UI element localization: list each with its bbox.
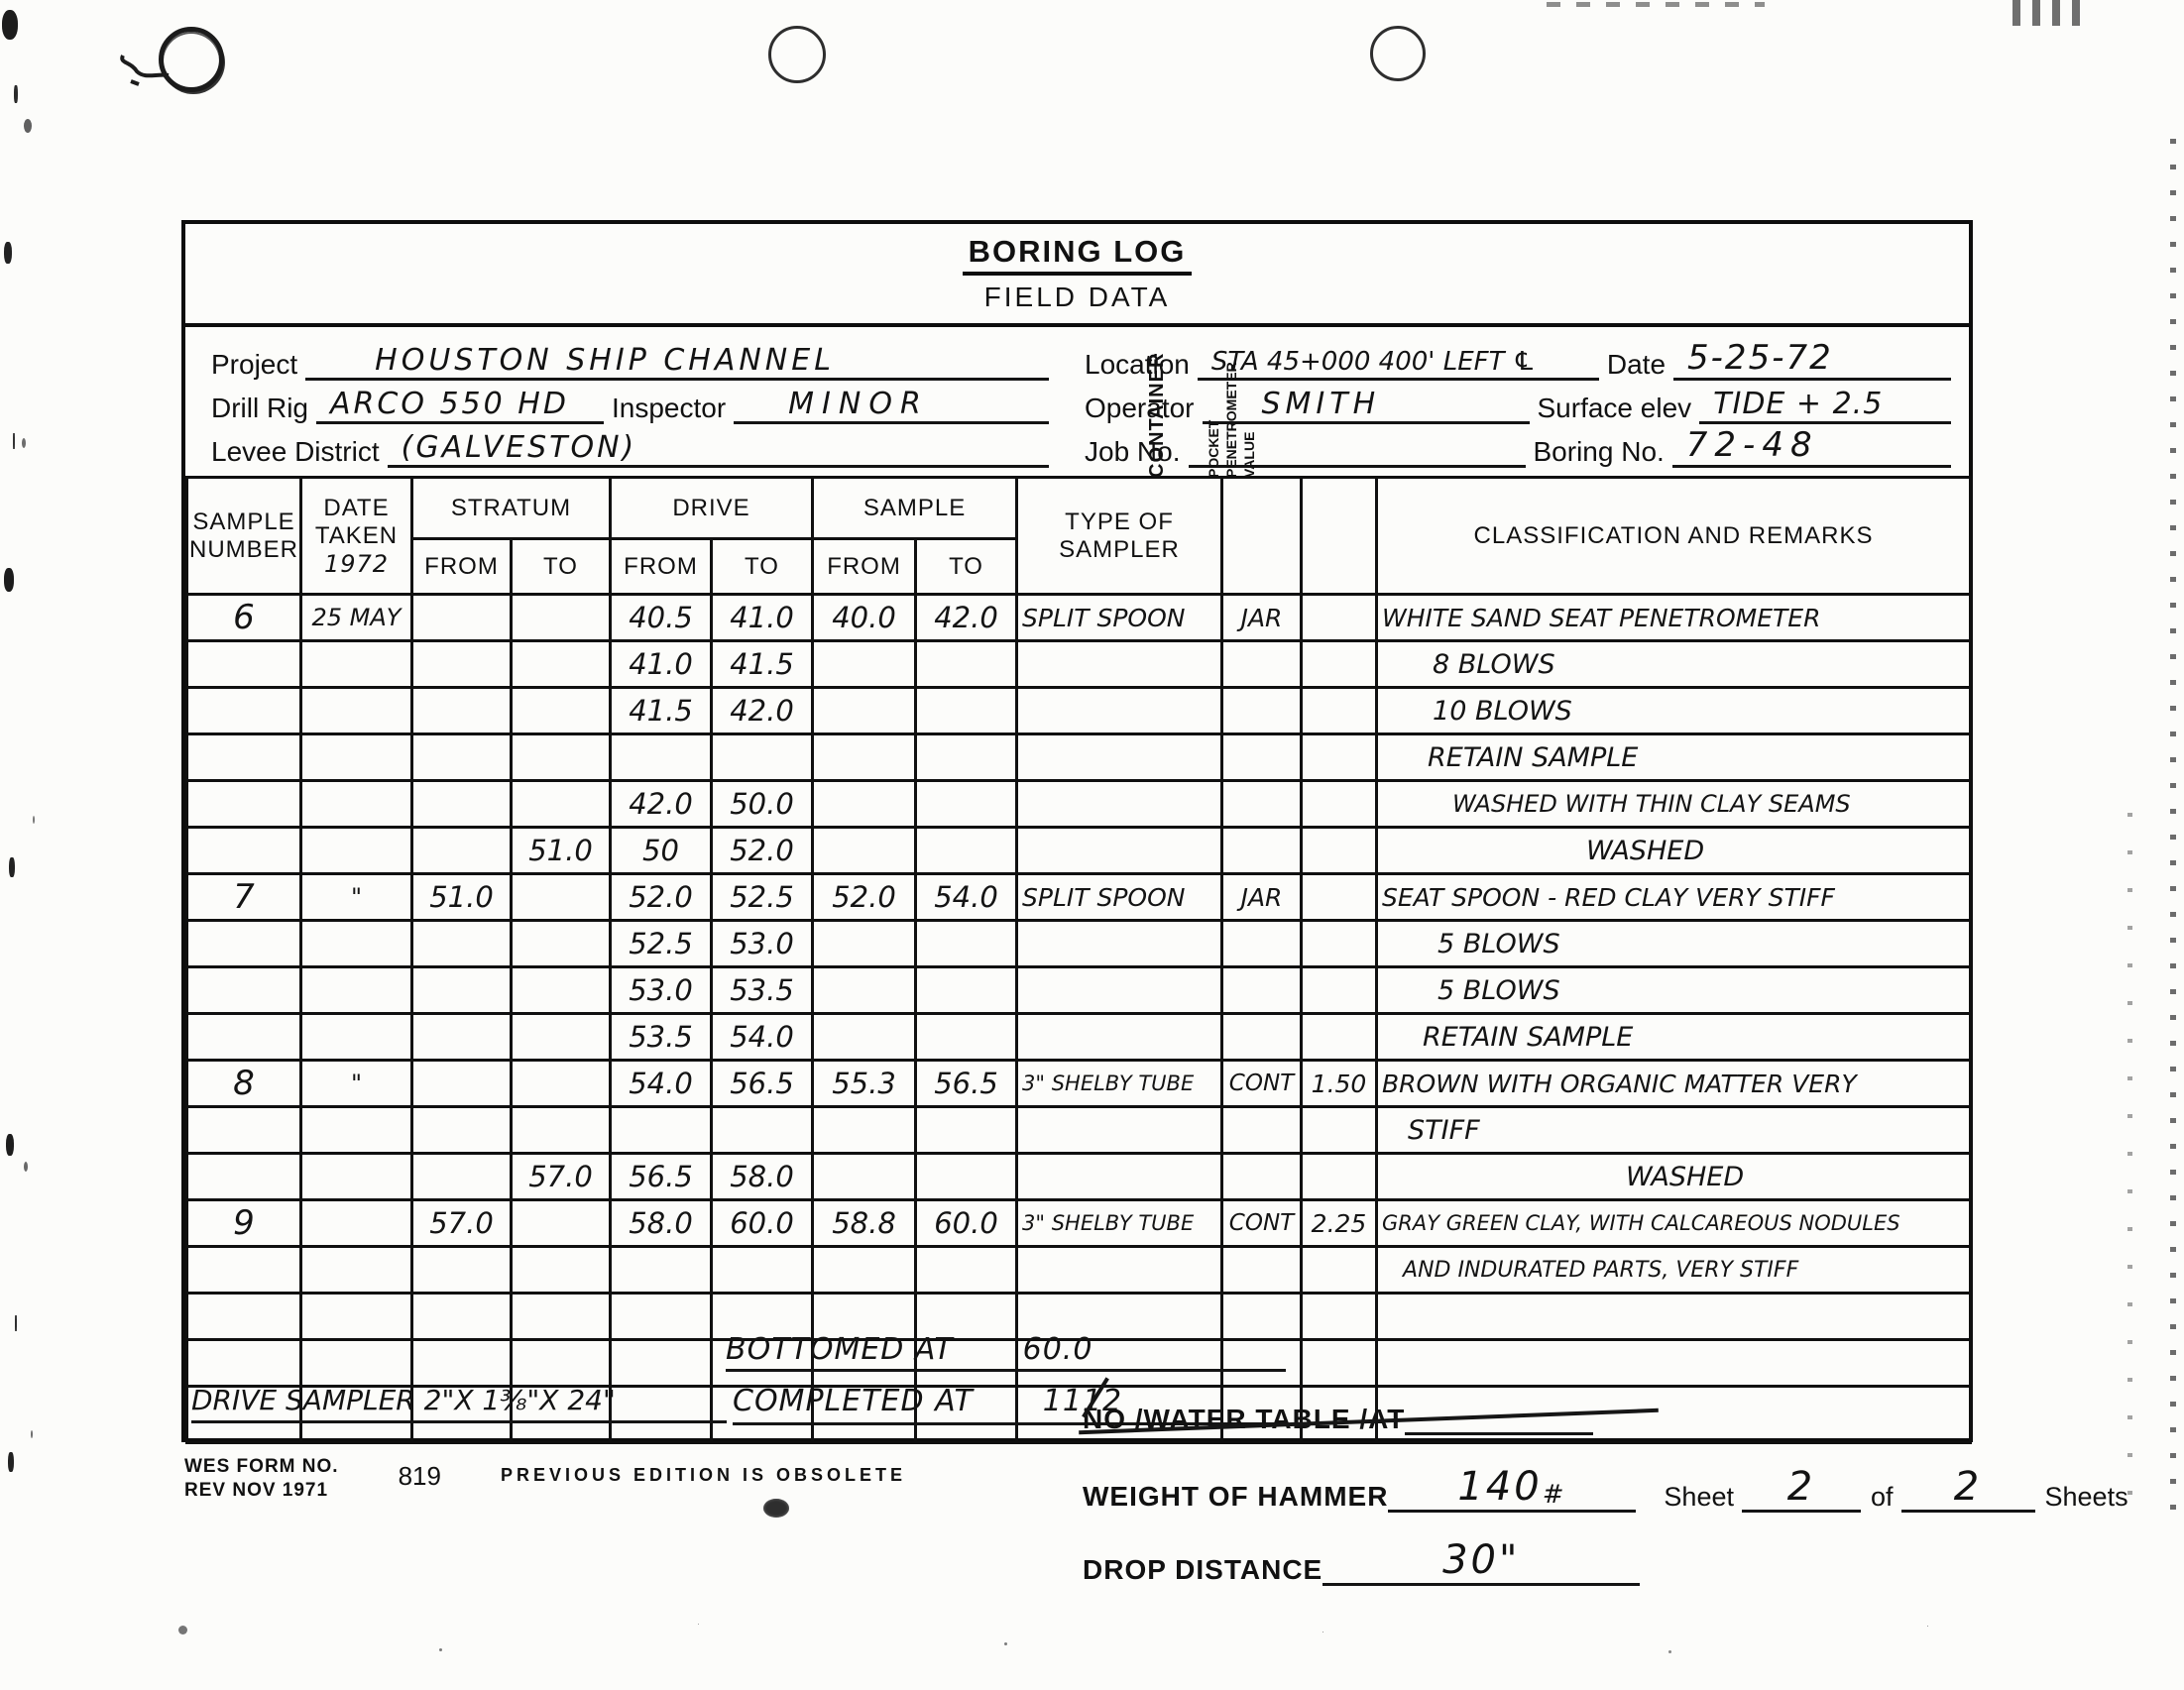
cell-sample-to <box>916 781 1017 828</box>
cell-sample-number <box>187 1294 301 1340</box>
table-row: 41.542.010 BLOWS <box>187 688 1971 734</box>
obsolete-note: PREVIOUS EDITION IS OBSOLETE <box>501 1465 906 1486</box>
sample-from-header: FROM <box>813 539 916 595</box>
hammer-value: 140 <box>1457 1464 1542 1510</box>
cell-stratum-from: 51.0 <box>412 874 512 921</box>
cell-sample-number <box>187 1154 301 1200</box>
boring-no-label: Boring No. <box>1534 436 1665 468</box>
cell-pocket-pen <box>1302 874 1377 921</box>
cell-empty <box>412 1340 512 1387</box>
cell-sample-from: 58.8 <box>813 1200 916 1247</box>
cell-drive-from: 52.5 <box>611 921 712 967</box>
drive-sampler-text: DRIVE SAMPLER 2"X 1⅜"X 24" <box>191 1384 616 1416</box>
cell-container <box>1222 1014 1302 1061</box>
cell-sample-from: 40.0 <box>813 595 916 641</box>
wes-form-number: WES FORM NO. REV NOV 1971 <box>184 1455 339 1503</box>
col-header-stratum: STRATUM <box>412 478 611 539</box>
cell-remarks: GRAY GREEN CLAY, WITH CALCAREOUS NODULES <box>1377 1200 1971 1247</box>
cell-sample-to <box>916 1014 1017 1061</box>
cell-sampler: SPLIT SPOON <box>1017 595 1222 641</box>
cell-stratum-from <box>412 688 512 734</box>
cell-remarks: WASHED <box>1377 828 1971 874</box>
cell-remarks <box>1377 1294 1971 1340</box>
cell-drive-from: 50 <box>611 828 712 874</box>
sheet-value-underline: 2 <box>1742 1461 1861 1513</box>
cell-pocket-pen <box>1302 781 1377 828</box>
cell-stratum-from <box>412 595 512 641</box>
wes-form-line1: WES FORM NO. <box>184 1455 339 1479</box>
surface-elev-label: Surface elev <box>1538 393 1692 424</box>
pocket-label-line1: POCKET <box>1205 331 1222 478</box>
drill-rig-line: Drill Rig ARCO 550 HD Inspector MINOR <box>211 383 1049 424</box>
cell-stratum-from <box>412 1107 512 1154</box>
cell-sample-from: 55.3 <box>813 1061 916 1107</box>
cell-pocket-pen <box>1302 921 1377 967</box>
drive-from-header: FROM <box>611 539 712 595</box>
cell-date <box>301 1294 412 1340</box>
cell-sample-number <box>187 734 301 781</box>
cell-empty <box>1377 1340 1971 1387</box>
cell-drive-to: 41.0 <box>712 595 813 641</box>
cell-pocket-pen: 1.50 <box>1302 1061 1377 1107</box>
cell-sampler <box>1017 734 1222 781</box>
cell-sample-from <box>813 1247 916 1294</box>
cell-stratum-from <box>412 828 512 874</box>
cell-drive-to: 56.5 <box>712 1061 813 1107</box>
cell-stratum-from <box>412 781 512 828</box>
cell-remarks: WASHED <box>1377 1154 1971 1200</box>
hammer-value-underline: 140# <box>1388 1457 1636 1513</box>
cell-container <box>1222 688 1302 734</box>
cell-sample-to <box>916 688 1017 734</box>
cell-sampler <box>1017 828 1222 874</box>
cell-date <box>301 967 412 1014</box>
cell-date: " <box>301 1061 412 1107</box>
cell-sample-to <box>916 1107 1017 1154</box>
col-header-pocket-penetrometer <box>1302 478 1377 595</box>
ink-stamp-mark <box>763 1499 789 1518</box>
cell-sample-from <box>813 921 916 967</box>
table-row: 957.058.060.058.860.03" SHELBY TUBECONT2… <box>187 1200 1971 1247</box>
cell-stratum-from <box>412 921 512 967</box>
cell-sample-from <box>813 688 916 734</box>
cell-sampler <box>1017 781 1222 828</box>
cell-drive-from <box>611 1294 712 1340</box>
scan-scribble-mark <box>117 38 206 87</box>
cell-sampler: 3" SHELBY TUBE <box>1017 1061 1222 1107</box>
wes-form-line2: REV NOV 1971 <box>184 1479 339 1503</box>
levee-district-label: Levee District <box>211 436 380 468</box>
cell-remarks: 10 BLOWS <box>1377 688 1971 734</box>
cell-date: 25 MAY <box>301 595 412 641</box>
col-header-date-taken: DATE TAKEN 1972 <box>301 478 412 595</box>
cell-pocket-pen <box>1302 828 1377 874</box>
drill-rig-value: ARCO 550 HD <box>316 387 604 424</box>
cell-remarks: RETAIN SAMPLE <box>1377 734 1971 781</box>
cell-pocket-pen <box>1302 967 1377 1014</box>
drop-distance-underline: 30" <box>1322 1530 1640 1586</box>
of-label: of <box>1871 1482 1894 1513</box>
cell-drive-to: 52.5 <box>712 874 813 921</box>
cell-date <box>301 1247 412 1294</box>
cell-sample-to <box>916 641 1017 688</box>
cell-date <box>301 688 412 734</box>
boring-no-value: 72-48 <box>1672 425 1951 468</box>
sheets-value: 2 <box>1954 1464 1982 1510</box>
cell-pocket-pen <box>1302 1107 1377 1154</box>
cell-remarks: WASHED WITH THIN CLAY SEAMS <box>1377 781 1971 828</box>
table-row: 8"54.056.555.356.53" SHELBY TUBECONT1.50… <box>187 1061 1971 1107</box>
cell-stratum-from <box>412 734 512 781</box>
completed-at-label: COMPLETED AT <box>733 1384 974 1418</box>
cell-date <box>301 828 412 874</box>
cell-drive-to: 53.0 <box>712 921 813 967</box>
sheet-label: Sheet <box>1664 1482 1734 1513</box>
table-row: STIFF <box>187 1107 1971 1154</box>
cell-container <box>1222 828 1302 874</box>
pocket-label-line2: PENETROMETER <box>1222 331 1240 478</box>
cell-date <box>301 1014 412 1061</box>
title-section: BORING LOG FIELD DATA <box>185 224 1969 327</box>
cell-stratum-to <box>512 967 611 1014</box>
cell-sample-from <box>813 967 916 1014</box>
cell-sample-number: 9 <box>187 1200 301 1247</box>
cell-container <box>1222 781 1302 828</box>
cell-stratum-from <box>412 1294 512 1340</box>
cell-sample-number <box>187 967 301 1014</box>
cell-drive-from: 52.0 <box>611 874 712 921</box>
cell-remarks: RETAIN SAMPLE <box>1377 1014 1971 1061</box>
cell-container <box>1222 641 1302 688</box>
hammer-line: WEIGHT OF HAMMER 140# Sheet 2 of 2 Sheet… <box>1083 1449 2163 1513</box>
col-header-sample-number: SAMPLE NUMBER <box>187 478 301 595</box>
cell-drive-from: 41.5 <box>611 688 712 734</box>
scan-noise-top-edge <box>1547 2 1765 7</box>
cell-remarks: 5 BLOWS <box>1377 921 1971 967</box>
cell-sample-from <box>813 1154 916 1200</box>
cell-stratum-to <box>512 1014 611 1061</box>
cell-date <box>301 921 412 967</box>
sheets-label: Sheets <box>2045 1482 2128 1513</box>
cell-sampler: 3" SHELBY TUBE <box>1017 1200 1222 1247</box>
cell-date <box>301 641 412 688</box>
cell-stratum-to <box>512 1200 611 1247</box>
col-header-container <box>1222 478 1302 595</box>
cell-stratum-to <box>512 1061 611 1107</box>
levee-district-value: (GALVESTON) <box>388 430 1049 468</box>
cell-container: JAR <box>1222 874 1302 921</box>
cell-sample-number: 6 <box>187 595 301 641</box>
cell-remarks: 8 BLOWS <box>1377 641 1971 688</box>
cell-empty <box>1302 1340 1377 1387</box>
cell-container <box>1222 921 1302 967</box>
scan-noise-right-dots <box>2170 139 2176 1526</box>
cell-sample-to <box>916 967 1017 1014</box>
drive-to-header: TO <box>712 539 813 595</box>
cell-container: CONT <box>1222 1200 1302 1247</box>
cell-drive-to <box>712 1107 813 1154</box>
cell-stratum-to: 57.0 <box>512 1154 611 1200</box>
cell-sample-number <box>187 828 301 874</box>
cell-remarks: WHITE SAND SEAT PENETROMETER <box>1377 595 1971 641</box>
table-row: AND INDURATED PARTS, VERY STIFF <box>187 1247 1971 1294</box>
cell-pocket-pen <box>1302 688 1377 734</box>
project-value: HOUSTON SHIP CHANNEL <box>305 343 1049 381</box>
cell-stratum-to <box>512 641 611 688</box>
cell-sampler <box>1017 921 1222 967</box>
scan-noise-top-right <box>2012 0 2082 26</box>
cell-sampler <box>1017 1014 1222 1061</box>
cell-drive-to: 60.0 <box>712 1200 813 1247</box>
cell-date <box>301 1200 412 1247</box>
cell-sample-to <box>916 1247 1017 1294</box>
cell-sample-from: 52.0 <box>813 874 916 921</box>
cell-date <box>301 781 412 828</box>
boring-log-table: SAMPLE NUMBER DATE TAKEN 1972 STRATUM DR… <box>185 476 1972 1444</box>
date-taken-label: DATE TAKEN <box>302 495 410 550</box>
cell-sample-to <box>916 734 1017 781</box>
cell-pocket-pen <box>1302 1014 1377 1061</box>
cell-sample-number: 7 <box>187 874 301 921</box>
cell-empty <box>301 1340 412 1387</box>
cell-stratum-from <box>412 1154 512 1200</box>
footer-right: NO /WATER TABLE /AT WEIGHT OF HAMMER 140… <box>1083 1392 2163 1586</box>
table-row: 41.041.58 BLOWS <box>187 641 1971 688</box>
table-row: 53.554.0RETAIN SAMPLE <box>187 1014 1971 1061</box>
date-label: Date <box>1607 349 1666 381</box>
bottomed-at-value: 60.0 <box>1023 1332 1093 1367</box>
col-header-drive: DRIVE <box>611 478 813 539</box>
cell-stratum-to <box>512 921 611 967</box>
cell-stratum-to: 51.0 <box>512 828 611 874</box>
cell-drive-to: 41.5 <box>712 641 813 688</box>
cell-empty <box>611 1340 712 1387</box>
footer-left: WES FORM NO. REV NOV 1971 819 PREVIOUS E… <box>184 1455 906 1503</box>
cell-sample-number <box>187 641 301 688</box>
cell-sample-number <box>187 1014 301 1061</box>
cell-remarks: BROWN WITH ORGANIC MATTER VERY <box>1377 1061 1971 1107</box>
cell-sample-from <box>813 1014 916 1061</box>
cell-date <box>301 1107 412 1154</box>
cell-sampler <box>1017 967 1222 1014</box>
cell-sample-from <box>813 781 916 828</box>
cell-sampler <box>1017 1154 1222 1200</box>
cell-sampler <box>1017 641 1222 688</box>
scanned-page: BORING LOG FIELD DATA Project HOUSTON SH… <box>0 0 2184 1690</box>
scan-noise-left-edge <box>2 10 18 40</box>
cell-container <box>1222 1107 1302 1154</box>
cell-stratum-to <box>512 1247 611 1294</box>
table-row: 7"51.052.052.552.054.0SPLIT SPOONJARSEAT… <box>187 874 1971 921</box>
cell-sample-to: 54.0 <box>916 874 1017 921</box>
cell-container: JAR <box>1222 595 1302 641</box>
pocket-penetrometer-column-label: POCKET PENETROMETER VALUE <box>1205 331 1264 478</box>
cell-drive-from: 58.0 <box>611 1200 712 1247</box>
date-value: 5-25-72 <box>1673 338 1951 381</box>
info-left-column: Project HOUSTON SHIP CHANNEL Drill Rig A… <box>211 339 1049 476</box>
cell-stratum-to <box>512 688 611 734</box>
cell-drive-to: 50.0 <box>712 781 813 828</box>
cell-sample-to <box>916 921 1017 967</box>
table-row: 42.050.0WASHED WITH THIN CLAY SEAMS <box>187 781 1971 828</box>
cell-remarks: SEAT SPOON - RED CLAY VERY STIFF <box>1377 874 1971 921</box>
cell-stratum-to <box>512 781 611 828</box>
drive-sampler-note: DRIVE SAMPLER 2"X 1⅜"X 24" <box>191 1384 727 1423</box>
container-column-label: CONTAINER <box>1139 331 1177 478</box>
col-header-classification: CLASSIFICATION AND REMARKS <box>1377 478 1971 595</box>
cell-empty <box>512 1340 611 1387</box>
header-info-section: Project HOUSTON SHIP CHANNEL Drill Rig A… <box>185 327 1969 476</box>
page-subtitle: FIELD DATA <box>984 282 1171 313</box>
cell-container <box>1222 734 1302 781</box>
cell-pocket-pen: 2.25 <box>1302 1200 1377 1247</box>
cell-sample-to <box>916 1154 1017 1200</box>
cell-remarks: STIFF <box>1377 1107 1971 1154</box>
cell-sample-number <box>187 688 301 734</box>
cell-drive-to <box>712 734 813 781</box>
cell-pocket-pen <box>1302 734 1377 781</box>
cell-stratum-from: 57.0 <box>412 1200 512 1247</box>
cell-stratum-from <box>412 967 512 1014</box>
cell-sample-from <box>813 1107 916 1154</box>
cell-drive-to: 42.0 <box>712 688 813 734</box>
cell-drive-from: 54.0 <box>611 1061 712 1107</box>
col-header-sample: SAMPLE <box>813 478 1017 539</box>
cell-remarks: AND INDURATED PARTS, VERY STIFF <box>1377 1247 1971 1294</box>
cell-date: " <box>301 874 412 921</box>
cell-drive-to: 54.0 <box>712 1014 813 1061</box>
cell-stratum-from <box>412 1014 512 1061</box>
surface-elev-value: TIDE + 2.5 <box>1699 387 1951 424</box>
col-header-type-of-sampler: TYPE OF SAMPLER <box>1017 478 1222 595</box>
form-number: 819 <box>399 1461 441 1492</box>
cell-sampler <box>1017 1247 1222 1294</box>
container-label-text: CONTAINER <box>1139 331 1175 478</box>
cell-container <box>1222 1154 1302 1200</box>
cell-sample-from <box>813 828 916 874</box>
table-row: RETAIN SAMPLE <box>187 734 1971 781</box>
drop-distance-label: DROP DISTANCE <box>1083 1554 1322 1586</box>
punch-hole-right <box>1370 26 1426 81</box>
cell-sampler <box>1017 688 1222 734</box>
cell-sample-number <box>187 1107 301 1154</box>
cell-drive-from: 42.0 <box>611 781 712 828</box>
header-row-groups: SAMPLE NUMBER DATE TAKEN 1972 STRATUM DR… <box>187 478 1971 539</box>
cell-pocket-pen <box>1302 641 1377 688</box>
cell-container <box>1222 967 1302 1014</box>
scan-noise-bottom <box>178 1626 187 1634</box>
sample-to-header: TO <box>916 539 1017 595</box>
drop-distance-line: DROP DISTANCE 30" <box>1083 1524 2163 1586</box>
cell-stratum-to <box>512 595 611 641</box>
cell-date <box>301 734 412 781</box>
cell-drive-from: 40.5 <box>611 595 712 641</box>
table-row: 57.056.558.0WASHED <box>187 1154 1971 1200</box>
cell-drive-to: 53.5 <box>712 967 813 1014</box>
stratum-to-header: TO <box>512 539 611 595</box>
cell-date <box>301 1154 412 1200</box>
cell-pocket-pen <box>1302 1154 1377 1200</box>
cell-sampler: SPLIT SPOON <box>1017 874 1222 921</box>
date-year-handwritten: 1972 <box>302 550 410 578</box>
cell-stratum-to <box>512 874 611 921</box>
page-title: BORING LOG <box>963 234 1193 276</box>
cell-sample-from <box>813 734 916 781</box>
sheet-value: 2 <box>1787 1464 1815 1510</box>
pocket-label-line3: VALUE <box>1240 331 1258 478</box>
cell-container: CONT <box>1222 1061 1302 1107</box>
cell-stratum-to <box>512 1294 611 1340</box>
cell-drive-from: 53.5 <box>611 1014 712 1061</box>
bottomed-at-note: BOTTOMED AT 60.0 <box>726 1332 1286 1372</box>
hammer-unit: # <box>1543 1480 1567 1510</box>
cell-pocket-pen <box>1302 595 1377 641</box>
cell-sample-number: 8 <box>187 1061 301 1107</box>
inspector-label: Inspector <box>612 393 726 424</box>
cell-drive-from <box>611 734 712 781</box>
table-row: 53.053.55 BLOWS <box>187 967 1971 1014</box>
hammer-label: WEIGHT OF HAMMER <box>1083 1481 1388 1513</box>
boring-log-form: BORING LOG FIELD DATA Project HOUSTON SH… <box>181 220 1973 1442</box>
cell-drive-from: 56.5 <box>611 1154 712 1200</box>
cell-drive-to: 52.0 <box>712 828 813 874</box>
cell-drive-from <box>611 1247 712 1294</box>
table-row: 52.553.05 BLOWS <box>187 921 1971 967</box>
cell-sample-to: 60.0 <box>916 1200 1017 1247</box>
sheets-value-underline: 2 <box>1901 1461 2035 1513</box>
cell-empty <box>187 1340 301 1387</box>
inspector-value: MINOR <box>734 387 1049 424</box>
scan-noise-left-edge-2 <box>24 119 32 133</box>
cell-drive-to <box>712 1247 813 1294</box>
cell-stratum-to <box>512 734 611 781</box>
drill-rig-label: Drill Rig <box>211 393 308 424</box>
project-line: Project HOUSTON SHIP CHANNEL <box>211 339 1049 381</box>
cell-sample-number <box>187 1247 301 1294</box>
project-label: Project <box>211 349 297 381</box>
table-row: 625 MAY40.541.040.042.0SPLIT SPOONJARWHI… <box>187 595 1971 641</box>
cell-stratum-from <box>412 1247 512 1294</box>
cell-sample-from <box>813 641 916 688</box>
cell-pocket-pen <box>1302 1294 1377 1340</box>
bottomed-at-label: BOTTOMED AT <box>726 1332 954 1367</box>
cell-container <box>1222 1247 1302 1294</box>
table-row: 51.05052.0WASHED <box>187 828 1971 874</box>
cell-drive-to: 58.0 <box>712 1154 813 1200</box>
cell-sample-number <box>187 781 301 828</box>
cell-sample-number <box>187 921 301 967</box>
punch-hole-center <box>768 26 826 83</box>
drop-distance-value: 30" <box>1442 1537 1520 1583</box>
cell-stratum-from <box>412 641 512 688</box>
cell-drive-from: 41.0 <box>611 641 712 688</box>
cell-sampler <box>1017 1107 1222 1154</box>
cell-pocket-pen <box>1302 1247 1377 1294</box>
stratum-from-header: FROM <box>412 539 512 595</box>
cell-sample-to: 42.0 <box>916 595 1017 641</box>
cell-sample-to: 56.5 <box>916 1061 1017 1107</box>
cell-drive-from: 53.0 <box>611 967 712 1014</box>
cell-sample-to <box>916 828 1017 874</box>
cell-drive-from <box>611 1107 712 1154</box>
levee-district-line: Levee District (GALVESTON) <box>211 426 1049 468</box>
cell-stratum-from <box>412 1061 512 1107</box>
cell-stratum-to <box>512 1107 611 1154</box>
cell-remarks: 5 BLOWS <box>1377 967 1971 1014</box>
